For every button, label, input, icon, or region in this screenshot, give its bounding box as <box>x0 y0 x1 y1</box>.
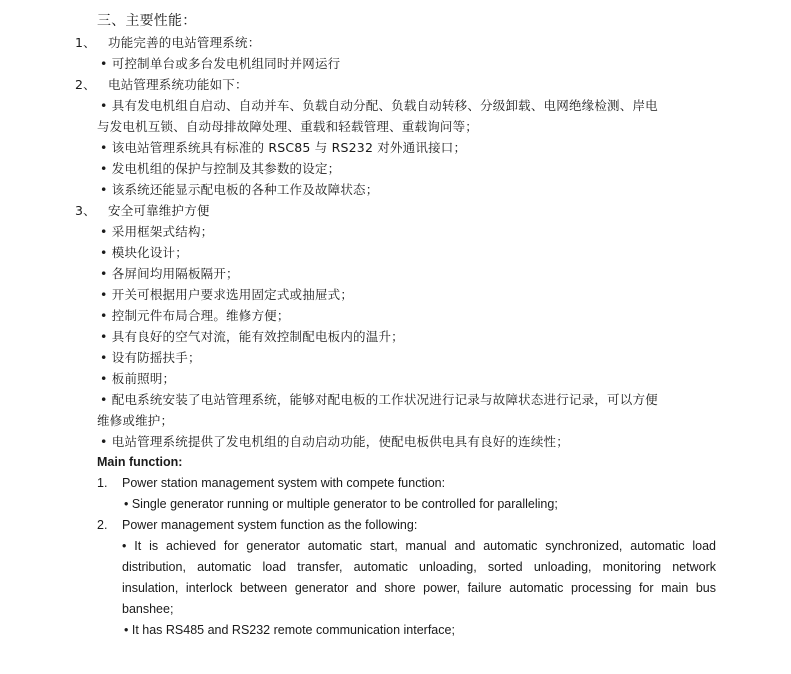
cn-bullet: • 板前照明； <box>100 369 175 389</box>
cn-bullet: • 具有发电机组自启动、自动并车、负载自动分配、负载自动转移、分级卸载、电网绝缘… <box>100 96 717 116</box>
cn-bullet: • 配电系统安装了电站管理系统，能够对配电板的工作状况进行记录与故障状态进行记录… <box>100 390 658 410</box>
en-item-2-heading: 2.Power management system function as th… <box>97 515 417 535</box>
cn-bullet: • 发电机组的保护与控制及其参数的设定； <box>100 159 340 179</box>
cn-item-3-number: 3、 <box>75 201 108 221</box>
en-bullet: • It has RS485 and RS232 remote communic… <box>124 620 455 640</box>
en-bullet-continuation: banshee; <box>122 599 173 619</box>
en-bullet-continuation: distribution, automatic load transfer, a… <box>122 557 716 577</box>
cn-bullet-continuation: 与发电机互锁、自动母排故障处理、重载和轻载管理、重载询问等； <box>97 117 478 137</box>
cn-bullet-continuation: 维修或维护； <box>97 411 173 431</box>
cn-item-3-heading: 3、安全可靠维护方便 <box>75 201 210 221</box>
cn-item-1-number: 1、 <box>75 33 108 53</box>
section-title: 三、主要性能： <box>97 11 196 31</box>
en-bullet: • Single generator running or multiple g… <box>124 494 558 514</box>
en-bullet: • It is achieved for generator automatic… <box>122 536 716 556</box>
cn-bullet: • 各屏间均用隔板隔开； <box>100 264 239 284</box>
cn-bullet: • 电站管理系统提供了发电机组的自动启动功能，使配电板供电具有良好的连续性； <box>100 432 569 452</box>
cn-bullet: • 控制元件布局合理。维修方便； <box>100 306 290 326</box>
cn-bullet: • 设有防摇扶手； <box>100 348 201 368</box>
cn-bullet: • 采用框架式结构； <box>100 222 213 242</box>
cn-item-2-number: 2、 <box>75 75 108 95</box>
cn-item-2-heading: 2、电站管理系统功能如下： <box>75 75 248 95</box>
cn-bullet: • 具有良好的空气对流，能有效控制配电板内的温升； <box>100 327 404 347</box>
en-item-2-number: 2. <box>97 515 122 535</box>
en-item-1-heading: 1.Power station management system with c… <box>97 473 445 493</box>
en-heading: Main function: <box>97 452 182 472</box>
cn-bullet: • 开关可根据用户要求选用固定式或抽屉式； <box>100 285 353 305</box>
cn-bullet: • 该电站管理系统具有标准的 RSC85 与 RS232 对外通讯接口； <box>100 138 466 158</box>
cn-bullet: • 该系统还能显示配电板的各种工作及故障状态； <box>100 180 378 200</box>
cn-item-1-heading: 1、功能完善的电站管理系统： <box>75 33 260 53</box>
cn-bullet: • 模块化设计； <box>100 243 188 263</box>
en-item-1-number: 1. <box>97 473 122 493</box>
cn-bullet: • 可控制单台或多台发电机组同时并网运行 <box>100 54 340 74</box>
en-bullet-continuation: insulation, interlock between generator … <box>122 578 716 598</box>
